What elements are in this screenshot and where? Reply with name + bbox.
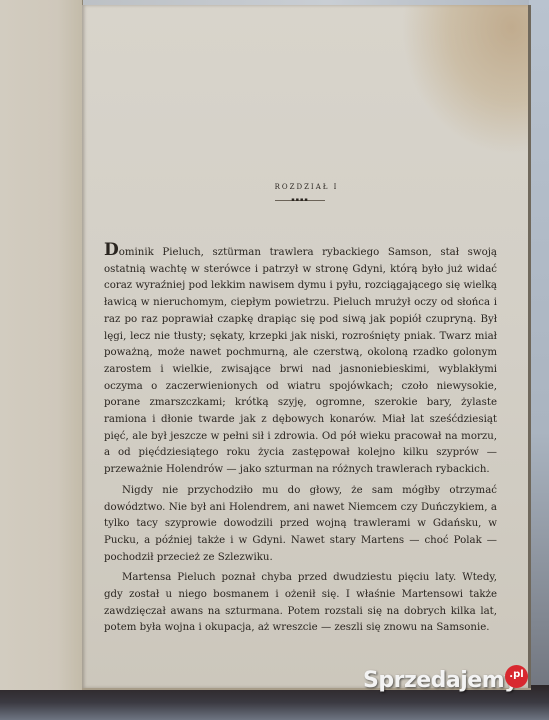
book-page: ROZDZIAŁ I ▪▪▪▪ Dominik Pieluch, sztürma… — [82, 5, 531, 690]
drop-cap: D — [104, 240, 119, 260]
background-right — [529, 0, 549, 720]
watermark-badge: .pl — [505, 665, 528, 688]
page-edge — [528, 5, 531, 688]
left-page — [0, 0, 83, 690]
chapter-ornament: ▪▪▪▪ — [288, 197, 312, 203]
paragraph: Dominik Pieluch, sztürman trawlera rybac… — [104, 245, 497, 479]
watermark-logo: Sprzedajemy — [363, 668, 518, 693]
body-text: Dominik Pieluch, sztürman trawlera rybac… — [104, 245, 497, 641]
paragraph: Martensa Pieluch poznał chyba przed dwud… — [104, 570, 497, 637]
page-stain — [401, 5, 531, 155]
chapter-heading: ROZDZIAŁ I — [82, 183, 531, 191]
paragraph: Nigdy nie przychodziło mu do głowy, że s… — [104, 483, 497, 567]
